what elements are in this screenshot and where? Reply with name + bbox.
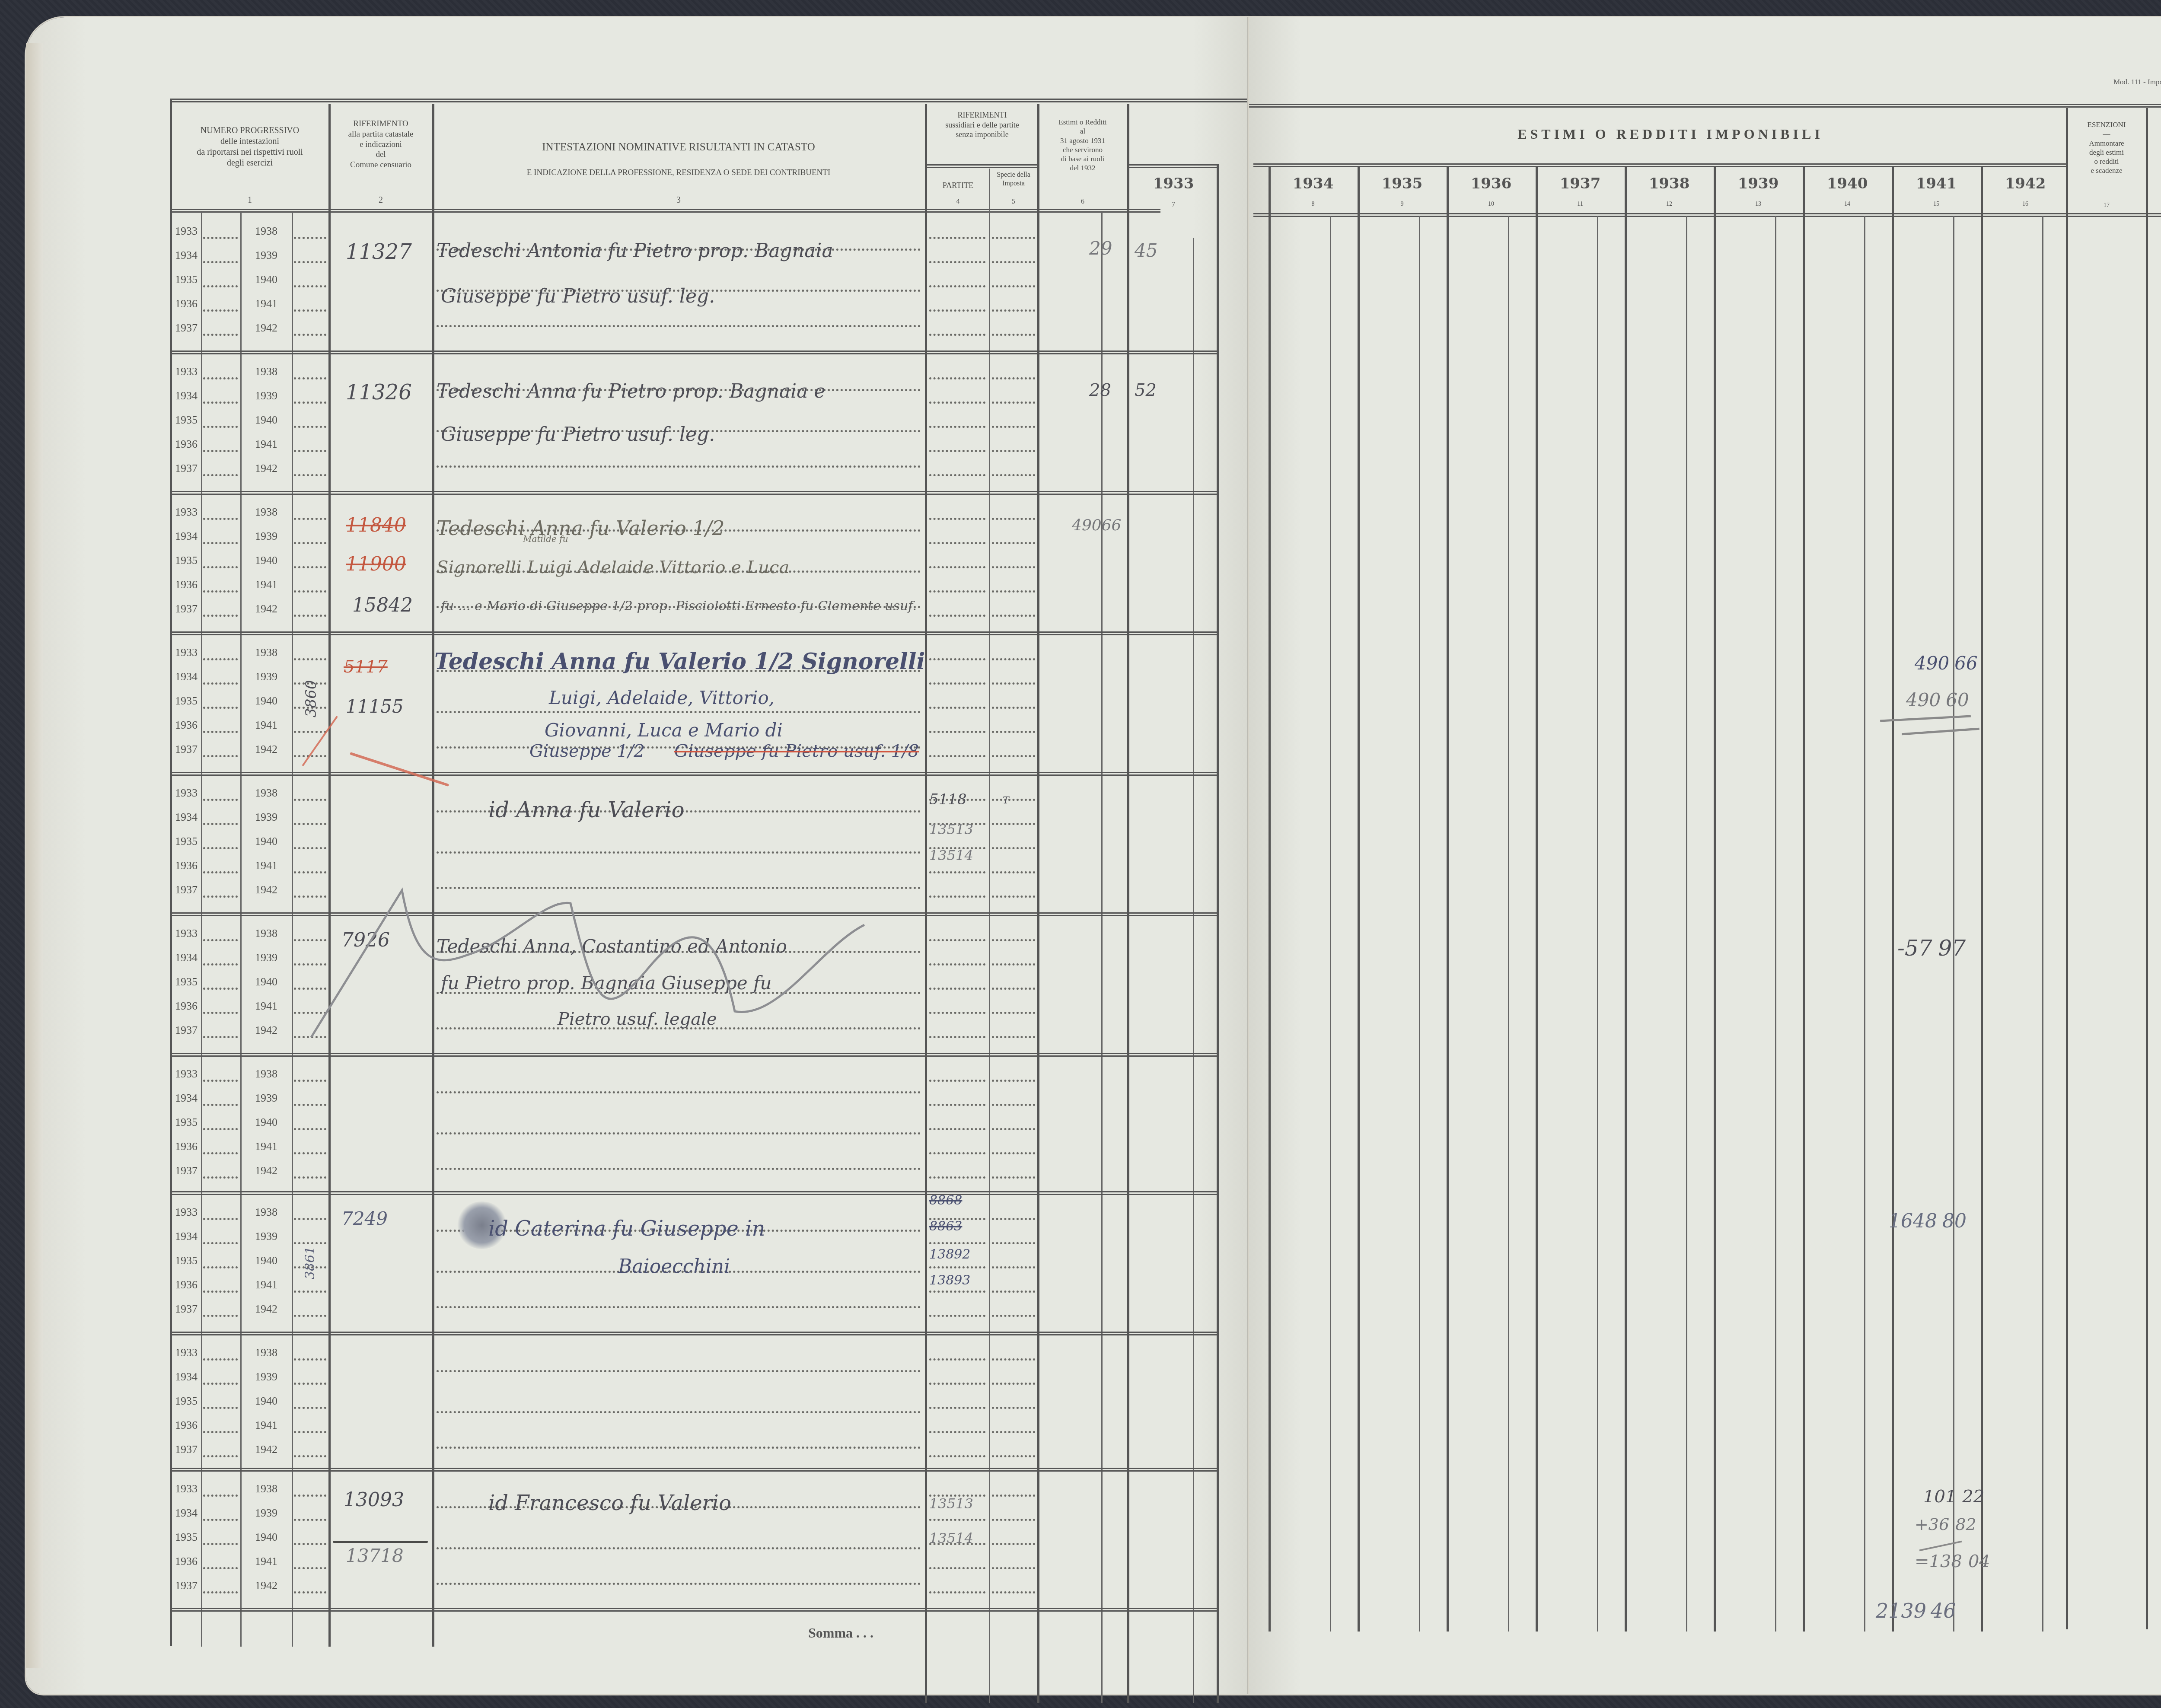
value-1941-row4-pencil: 49060 bbox=[1906, 689, 1969, 711]
entry-8-ref: 7249 bbox=[341, 1208, 388, 1229]
year-label: 1942 bbox=[255, 1024, 277, 1037]
col-rule bbox=[1892, 166, 1894, 1632]
dotted-rule bbox=[203, 799, 238, 801]
year-label: 1938 bbox=[255, 365, 277, 378]
dotted-rule bbox=[294, 402, 326, 404]
year-label: 1934 bbox=[175, 1370, 198, 1383]
year-label: 1938 bbox=[255, 225, 277, 238]
dotted-rule bbox=[203, 1128, 238, 1130]
header-top-rule bbox=[171, 99, 1247, 102]
year-label: 1939 bbox=[255, 1370, 277, 1383]
writing-line bbox=[437, 1583, 921, 1585]
dotted-rule bbox=[203, 1218, 238, 1220]
year-label: 1933 bbox=[175, 506, 198, 519]
header-top-rule bbox=[1249, 104, 2161, 108]
col-number: 13 bbox=[1714, 201, 1803, 208]
decimal-rule bbox=[1597, 216, 1598, 1632]
dotted-rule bbox=[203, 426, 238, 428]
dotted-rule bbox=[203, 1519, 238, 1521]
year-label: 1938 bbox=[255, 506, 277, 519]
entry-1-name: Tedeschi Antonia fu Pietro prop. Bagnaia bbox=[437, 240, 833, 262]
year-label: 1933 bbox=[175, 646, 198, 659]
dotted-rule bbox=[203, 1266, 238, 1268]
dotted-rule bbox=[203, 963, 238, 966]
dotted-rule bbox=[203, 474, 238, 476]
entry-5-partita: 13513 bbox=[929, 821, 973, 838]
dotted-rule bbox=[992, 261, 1035, 263]
col-rule bbox=[240, 212, 242, 1647]
dotted-rule bbox=[294, 590, 326, 593]
year-label: 1935 bbox=[175, 975, 198, 988]
dotted-rule bbox=[992, 682, 1035, 685]
year-label: 1937 bbox=[175, 1443, 198, 1456]
dotted-rule bbox=[992, 1494, 1035, 1497]
year-label: 1936 bbox=[175, 438, 198, 451]
entry-4-name: Tedeschi Anna fu Valerio 1/2 Signorelli bbox=[434, 648, 925, 675]
year-header-1942: 1942 bbox=[1981, 175, 2070, 192]
year-label: 1937 bbox=[175, 1164, 198, 1177]
dotted-rule bbox=[203, 731, 238, 733]
dotted-rule bbox=[992, 1591, 1035, 1593]
decimal-rule bbox=[1864, 216, 1865, 1632]
dotted-rule bbox=[929, 1431, 985, 1433]
dotted-rule bbox=[992, 1242, 1035, 1244]
dotted-rule bbox=[992, 658, 1035, 660]
dotted-rule bbox=[992, 285, 1035, 287]
year-label: 1940 bbox=[255, 1395, 277, 1408]
dotted-rule bbox=[992, 939, 1035, 941]
col-number: 15 bbox=[1892, 201, 1981, 208]
year-label: 1938 bbox=[255, 787, 277, 800]
year-label: 1935 bbox=[175, 554, 198, 567]
dotted-rule bbox=[294, 731, 326, 733]
year-label: 1940 bbox=[255, 1116, 277, 1129]
dotted-rule bbox=[929, 1383, 985, 1385]
entry-3-name: Tedeschi Anna fu Valerio 1/2 bbox=[437, 516, 725, 540]
year-label: 1942 bbox=[255, 1303, 277, 1316]
dotted-rule bbox=[294, 1358, 326, 1361]
dotted-rule bbox=[203, 823, 238, 825]
year-label: 1937 bbox=[175, 1303, 198, 1316]
year-label: 1933 bbox=[175, 1346, 198, 1359]
header-riferimento: RIFERIMENTO alla partita catastale e ind… bbox=[331, 119, 431, 170]
year-label: 1942 bbox=[255, 883, 277, 896]
dotted-rule bbox=[929, 1266, 985, 1268]
year-label: 1936 bbox=[175, 859, 198, 872]
dotted-rule bbox=[929, 261, 985, 263]
dotted-rule bbox=[203, 707, 238, 709]
year-label: 1933 bbox=[175, 787, 198, 800]
year-label: 1939 bbox=[255, 1230, 277, 1243]
year-label: 1940 bbox=[255, 273, 277, 286]
year-label: 1937 bbox=[175, 743, 198, 756]
dotted-rule bbox=[929, 334, 985, 336]
entry-10-ref: 13093 bbox=[344, 1489, 404, 1511]
entry-1-estimo-dec: 45 bbox=[1135, 240, 1157, 261]
writing-line bbox=[437, 1547, 921, 1549]
dotted-rule bbox=[294, 285, 326, 287]
year-label: 1935 bbox=[175, 1254, 198, 1267]
writing-line bbox=[437, 325, 921, 327]
decimal-rule bbox=[1508, 216, 1509, 1632]
entry-3-ref-struck: 11900 bbox=[346, 553, 406, 575]
col-number: 1 bbox=[172, 195, 328, 205]
year-label: 1936 bbox=[175, 1140, 198, 1153]
dotted-rule bbox=[203, 871, 238, 873]
dotted-rule bbox=[203, 1012, 238, 1014]
year-label: 1939 bbox=[255, 670, 277, 683]
year-label: 1941 bbox=[255, 859, 277, 872]
section-title: ESTIMI O REDDITI IMPONIBILI bbox=[1275, 125, 2066, 143]
block-separator bbox=[171, 351, 1217, 354]
year-label: 1935 bbox=[175, 273, 198, 286]
dotted-rule bbox=[992, 542, 1035, 544]
page-edges bbox=[26, 43, 43, 1668]
dotted-rule bbox=[992, 1543, 1035, 1545]
col-rule bbox=[432, 104, 434, 1647]
dotted-rule bbox=[992, 1080, 1035, 1082]
dotted-rule bbox=[992, 988, 1035, 990]
year-header-1940: 1940 bbox=[1803, 175, 1892, 192]
dotted-rule bbox=[992, 334, 1035, 336]
dotted-rule bbox=[294, 426, 326, 428]
dotted-rule bbox=[294, 615, 326, 617]
header-numero-progressivo: NUMERO PROGRESSIVO delle intestazioni da… bbox=[172, 125, 328, 169]
year-label: 1934 bbox=[175, 389, 198, 402]
year-label: 1939 bbox=[255, 811, 277, 824]
year-label: 1936 bbox=[175, 1555, 198, 1568]
dotted-rule bbox=[992, 1358, 1035, 1361]
dotted-rule bbox=[992, 1218, 1035, 1220]
col-rule bbox=[201, 212, 202, 1647]
dotted-rule bbox=[929, 658, 985, 660]
year-label: 1933 bbox=[175, 1206, 198, 1219]
block-separator bbox=[171, 1191, 1217, 1195]
dotted-rule bbox=[203, 1431, 238, 1433]
dotted-rule bbox=[992, 895, 1035, 898]
col-number: 14 bbox=[1803, 201, 1892, 208]
year-label: 1937 bbox=[175, 602, 198, 615]
year-label: 1937 bbox=[175, 322, 198, 335]
col-rule bbox=[1536, 166, 1538, 1632]
col-number: 12 bbox=[1625, 201, 1714, 208]
dotted-rule bbox=[992, 474, 1035, 476]
dotted-rule bbox=[929, 731, 985, 733]
dotted-rule bbox=[992, 590, 1035, 593]
year-header-1935: 1935 bbox=[1358, 175, 1447, 192]
dotted-rule bbox=[203, 1567, 238, 1569]
year-label: 1938 bbox=[255, 1482, 277, 1495]
header-annotazioni: ANNOTAZIONI bbox=[2148, 151, 2161, 164]
year-label: 1934 bbox=[175, 951, 198, 964]
left-page bbox=[26, 17, 1249, 1694]
dotted-rule bbox=[203, 895, 238, 898]
entry-8-name: id Caterina fu Giuseppe in bbox=[488, 1217, 765, 1241]
header-specie-imposta: Specie della Imposta bbox=[991, 171, 1036, 188]
dotted-rule bbox=[203, 1455, 238, 1457]
col-number: 9 bbox=[1358, 201, 1447, 208]
dotted-rule bbox=[929, 1176, 985, 1179]
dotted-rule bbox=[929, 426, 985, 428]
value-1942-row10-total: =13804 bbox=[1915, 1552, 1990, 1571]
dotted-rule bbox=[992, 1431, 1035, 1433]
year-label: 1936 bbox=[175, 578, 198, 591]
dotted-rule bbox=[929, 1291, 985, 1293]
dotted-rule bbox=[294, 1431, 326, 1433]
entry-1-estimo: 29 bbox=[1089, 238, 1112, 259]
year-label: 1940 bbox=[255, 1254, 277, 1267]
entry-10-ref-below: 13718 bbox=[346, 1545, 404, 1566]
col-rule bbox=[989, 169, 990, 1703]
dotted-rule bbox=[294, 1080, 326, 1082]
block-separator bbox=[171, 1468, 1217, 1472]
dotted-rule bbox=[203, 755, 238, 757]
dotted-rule bbox=[992, 1128, 1035, 1130]
dotted-rule bbox=[203, 542, 238, 544]
year-label: 1938 bbox=[255, 646, 277, 659]
dotted-rule bbox=[294, 1291, 326, 1293]
entry-2-estimo: 28 bbox=[1089, 380, 1111, 400]
dotted-rule bbox=[992, 309, 1035, 312]
writing-line bbox=[437, 1168, 921, 1170]
year-label: 1934 bbox=[175, 1507, 198, 1520]
dotted-rule bbox=[294, 871, 326, 873]
entry-8-name-line2: Baioecchini bbox=[618, 1256, 730, 1278]
col-rule bbox=[1714, 166, 1716, 1632]
dotted-rule bbox=[203, 1176, 238, 1179]
dotted-rule bbox=[203, 1383, 238, 1385]
decimal-rule bbox=[2042, 216, 2043, 1632]
dotted-rule bbox=[294, 1242, 326, 1244]
dotted-rule bbox=[294, 542, 326, 544]
entry-1-ref: 11327 bbox=[346, 240, 412, 264]
entry-8-partita-struck: 8868 bbox=[929, 1193, 962, 1208]
dotted-rule bbox=[203, 1494, 238, 1497]
dotted-rule bbox=[992, 1266, 1035, 1268]
year-label: 1936 bbox=[175, 719, 198, 732]
col-number: 2 bbox=[331, 195, 431, 205]
entry-4-struck-text: Giuseppe fu Pietro usuf. 1/8 bbox=[674, 741, 919, 761]
year-header-1933: 1933 bbox=[1130, 175, 1217, 192]
year-label: 1942 bbox=[255, 743, 277, 756]
col-rule bbox=[1803, 166, 1805, 1632]
col-rule bbox=[1625, 166, 1627, 1632]
dotted-rule bbox=[992, 1383, 1035, 1385]
col-rule bbox=[2066, 108, 2068, 1629]
dotted-rule bbox=[203, 1104, 238, 1106]
year-label: 1934 bbox=[175, 670, 198, 683]
dotted-rule bbox=[203, 566, 238, 568]
writing-line bbox=[437, 1447, 921, 1449]
underline bbox=[333, 1541, 428, 1543]
dotted-rule bbox=[294, 658, 326, 660]
entry-3-name-line3: fu ... e Mario di Giuseppe 1/2 prop. Pis… bbox=[441, 599, 917, 614]
year-label: 1936 bbox=[175, 297, 198, 310]
dotted-rule bbox=[203, 334, 238, 336]
dotted-rule bbox=[203, 1152, 238, 1154]
writing-line bbox=[437, 1091, 921, 1093]
col-rule bbox=[292, 212, 293, 1647]
decimal-rule bbox=[1775, 216, 1776, 1632]
year-header-1937: 1937 bbox=[1536, 175, 1625, 192]
entry-5-partita: 5118 bbox=[929, 791, 967, 808]
year-label: 1939 bbox=[255, 1507, 277, 1520]
year-label: 1942 bbox=[255, 322, 277, 335]
writing-line bbox=[437, 1306, 921, 1308]
dotted-rule bbox=[203, 402, 238, 404]
dotted-rule bbox=[929, 518, 985, 520]
year-label: 1940 bbox=[255, 975, 277, 988]
dotted-rule bbox=[294, 1152, 326, 1154]
header-riferimenti: RIFERIMENTI sussidiari e delle partite s… bbox=[927, 110, 1037, 140]
year-label: 1942 bbox=[255, 602, 277, 615]
sum-1941: 213946 bbox=[1876, 1599, 1956, 1622]
entry-4-ref-struck: 5117 bbox=[344, 657, 388, 677]
year-label: 1939 bbox=[255, 249, 277, 262]
dotted-rule bbox=[203, 1358, 238, 1361]
year-label: 1935 bbox=[175, 1116, 198, 1129]
col-number: 8 bbox=[1269, 201, 1358, 208]
col-rule bbox=[328, 104, 331, 1647]
year-label: 1935 bbox=[175, 835, 198, 848]
form-code: Mod. 111 - Imposte Dirette (Intercalare)… bbox=[2113, 78, 2161, 86]
year-label: 1941 bbox=[255, 1140, 277, 1153]
dotted-rule bbox=[992, 450, 1035, 452]
dotted-rule bbox=[929, 707, 985, 709]
year-label: 1933 bbox=[175, 927, 198, 940]
dotted-rule bbox=[929, 1315, 985, 1317]
year-label: 1941 bbox=[255, 1000, 277, 1013]
year-label: 1941 bbox=[255, 1278, 277, 1291]
writing-line bbox=[437, 1132, 921, 1134]
dotted-rule bbox=[203, 615, 238, 617]
year-label: 1941 bbox=[255, 719, 277, 732]
dotted-rule bbox=[294, 566, 326, 568]
entry-3-ref-struck: 11840 bbox=[346, 514, 406, 536]
year-label: 1938 bbox=[255, 1206, 277, 1219]
year-label: 1942 bbox=[255, 462, 277, 475]
decimal-rule bbox=[1419, 216, 1420, 1632]
dotted-rule bbox=[992, 1104, 1035, 1106]
dotted-rule bbox=[992, 377, 1035, 379]
dotted-rule bbox=[294, 1128, 326, 1130]
dotted-rule bbox=[929, 542, 985, 544]
dotted-rule bbox=[929, 615, 985, 617]
entry-5-name: id Anna fu Valerio bbox=[488, 797, 685, 822]
col-rule bbox=[2146, 108, 2148, 1629]
sum-separator bbox=[171, 1608, 1217, 1612]
year-label: 1937 bbox=[175, 462, 198, 475]
writing-line bbox=[437, 1411, 921, 1413]
header-bottom-rule bbox=[171, 209, 1160, 213]
dotted-rule bbox=[992, 963, 1035, 966]
entry-10-partita: 13514 bbox=[929, 1530, 973, 1546]
dotted-rule bbox=[992, 402, 1035, 404]
dotted-rule bbox=[992, 799, 1035, 801]
year-label: 1938 bbox=[255, 1067, 277, 1080]
dotted-rule bbox=[992, 847, 1035, 849]
right-page bbox=[1249, 17, 2161, 1694]
year-label: 1937 bbox=[175, 1024, 198, 1037]
year-label: 1933 bbox=[175, 225, 198, 238]
year-label: 1942 bbox=[255, 1443, 277, 1456]
dotted-rule bbox=[203, 847, 238, 849]
header-estimi-1931: Estimi o Redditi al 31 agosto 1931 che s… bbox=[1039, 118, 1126, 173]
value-1942-row10-add: +3682 bbox=[1915, 1515, 1976, 1534]
year-label: 1935 bbox=[175, 1395, 198, 1408]
dotted-rule bbox=[929, 402, 985, 404]
dotted-rule bbox=[929, 1358, 985, 1361]
value-1941-row8: 164880 bbox=[1889, 1210, 1967, 1232]
writing-line bbox=[437, 465, 921, 468]
value-1941-row6: -5797 bbox=[1897, 936, 1966, 961]
writing-line bbox=[437, 1370, 921, 1372]
decimal-rule bbox=[1330, 216, 1331, 1632]
dotted-rule bbox=[992, 518, 1035, 520]
year-label: 1941 bbox=[255, 1555, 277, 1568]
dotted-rule bbox=[203, 682, 238, 685]
dotted-rule bbox=[203, 1315, 238, 1317]
year-header-1941: 1941 bbox=[1892, 175, 1981, 192]
col-number: 11 bbox=[1536, 201, 1625, 208]
year-label: 1933 bbox=[175, 365, 198, 378]
entry-8-partita-struck: 8863 bbox=[929, 1219, 962, 1234]
dotted-rule bbox=[929, 566, 985, 568]
col-rule bbox=[1269, 166, 1271, 1632]
year-label: 1937 bbox=[175, 1579, 198, 1592]
dotted-rule bbox=[929, 1407, 985, 1409]
block-separator bbox=[171, 1053, 1217, 1057]
dotted-rule bbox=[929, 1080, 985, 1082]
dotted-rule bbox=[294, 1176, 326, 1179]
year-label: 1939 bbox=[255, 389, 277, 402]
dotted-rule bbox=[992, 1036, 1035, 1038]
dotted-rule bbox=[294, 450, 326, 452]
dotted-rule bbox=[294, 823, 326, 825]
subheader-rule bbox=[925, 164, 1038, 168]
dotted-rule bbox=[203, 658, 238, 660]
dotted-rule bbox=[992, 615, 1035, 617]
dotted-rule bbox=[294, 518, 326, 520]
dotted-rule bbox=[294, 1519, 326, 1521]
year-label: 1940 bbox=[255, 835, 277, 848]
year-label: 1941 bbox=[255, 438, 277, 451]
col-number: 4 bbox=[927, 198, 989, 206]
dotted-rule bbox=[294, 474, 326, 476]
pencil-cancel-scribble bbox=[303, 882, 951, 1037]
decimal-rule bbox=[1686, 216, 1687, 1632]
dotted-rule bbox=[992, 1291, 1035, 1293]
dotted-rule bbox=[203, 939, 238, 941]
sum-label: Somma . . . bbox=[808, 1625, 873, 1641]
header-intestazioni-subtitle: E INDICAZIONE DELLA PROFESSIONE, RESIDEN… bbox=[434, 168, 923, 178]
year-label: 1936 bbox=[175, 1000, 198, 1013]
year-label: 1936 bbox=[175, 1278, 198, 1291]
dotted-rule bbox=[203, 1543, 238, 1545]
col-number: 16 bbox=[1981, 201, 2070, 208]
dotted-rule bbox=[203, 1242, 238, 1244]
entry-8-partita: 13892 bbox=[929, 1247, 970, 1262]
year-label: 1941 bbox=[255, 1419, 277, 1432]
year-header-1939: 1939 bbox=[1714, 175, 1803, 192]
year-label: 1934 bbox=[175, 811, 198, 824]
year-label: 1937 bbox=[175, 883, 198, 896]
year-label: 1939 bbox=[255, 530, 277, 543]
dotted-rule bbox=[294, 1543, 326, 1545]
dotted-rule bbox=[929, 871, 985, 873]
entry-4-ref: 11155 bbox=[346, 696, 404, 717]
dotted-rule bbox=[203, 988, 238, 990]
